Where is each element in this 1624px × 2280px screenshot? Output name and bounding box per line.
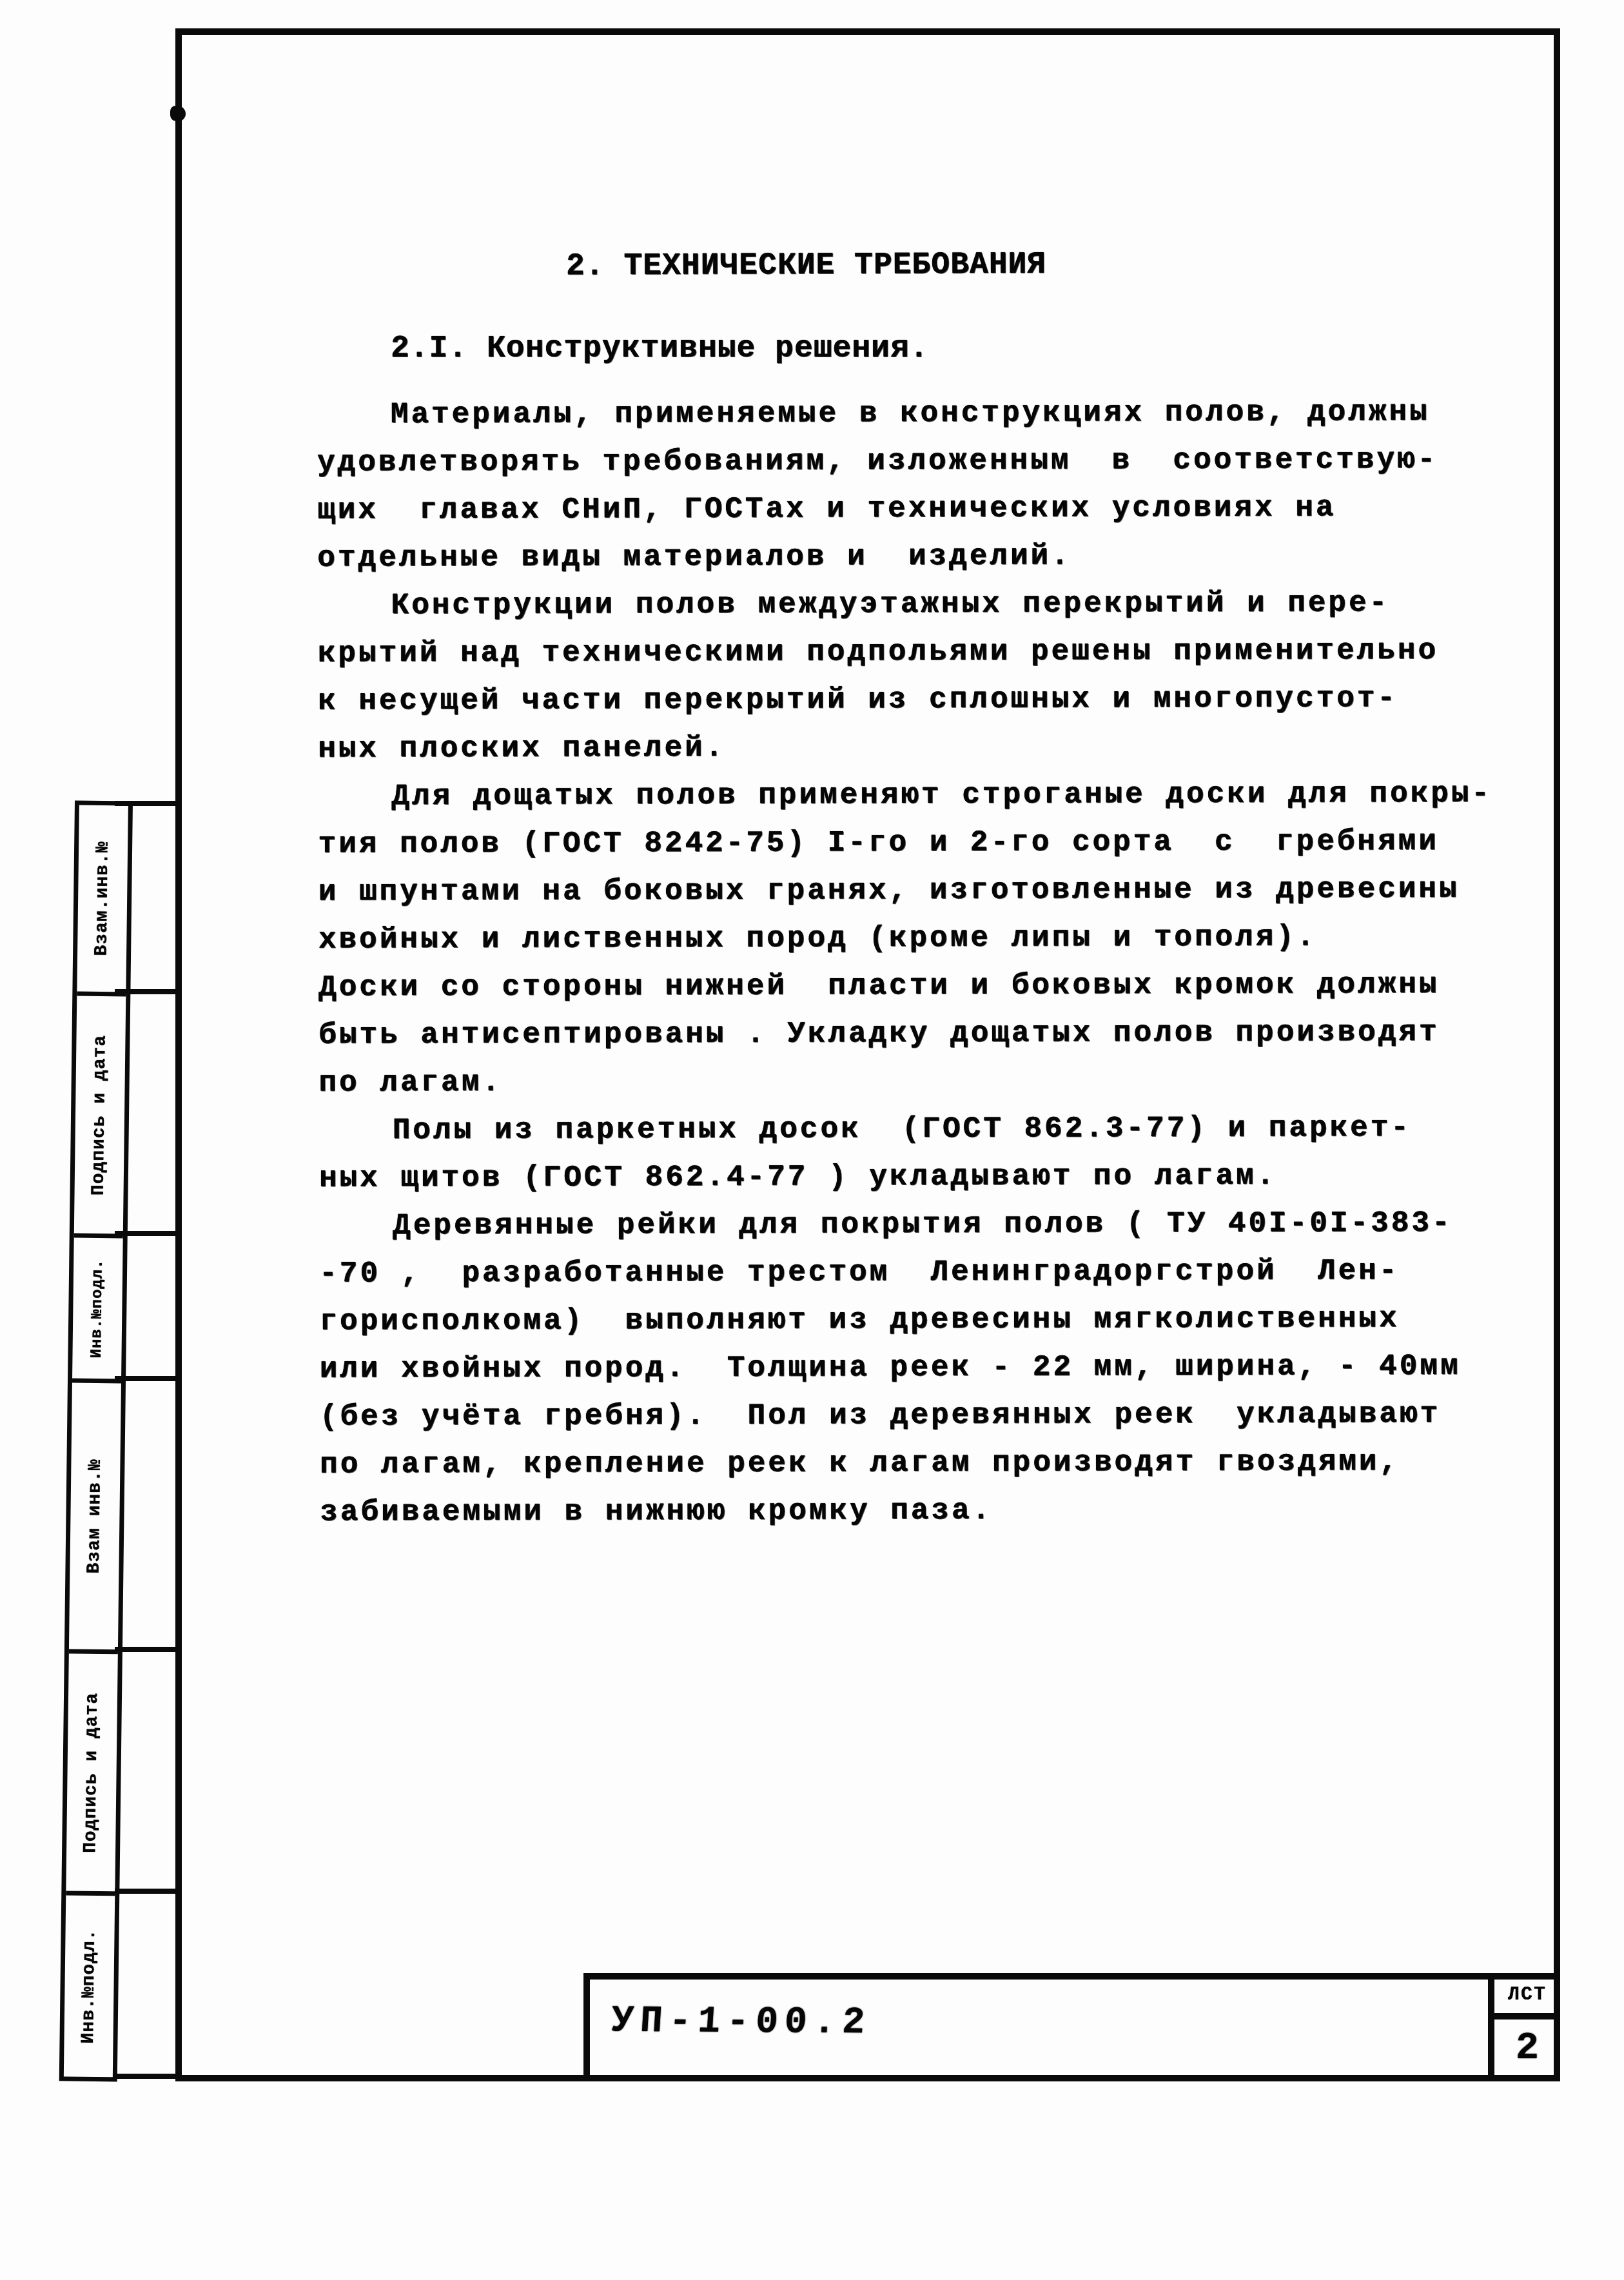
strip-cell-podpis-data-2: Подпись и дата: [66, 1653, 118, 1896]
text-line: ных плоских панелей.: [318, 729, 1504, 780]
text-line: хвойных и лиственных пород (кроме липы и…: [318, 920, 1505, 971]
text-line: Материалы, применяемые в конструкциях по…: [317, 395, 1503, 446]
text-line: забиваемыми в нижнюю кромку паза.: [320, 1493, 1506, 1544]
text-line: тия полов (ГОСТ 8242-75) I-го и 2-го сор…: [318, 825, 1504, 876]
text-line: крытий над техническими подпольями решен…: [318, 634, 1504, 685]
sheet-number: 2: [1494, 2020, 1560, 2078]
body-text: Материалы, применяемые в конструкциях по…: [317, 395, 1507, 1544]
ink-blot: [170, 106, 186, 121]
text-line: щих главах СНиП, ГОСТах и технических ус…: [317, 491, 1503, 542]
sheet-label: ЛСТ: [1494, 1977, 1560, 2013]
strip-cell-label: Подпись и дата: [81, 1692, 103, 1853]
subsection-heading: 2.I. Конструктивные решения.: [391, 331, 929, 366]
strip-frame-connector: [115, 1376, 177, 1381]
strip-cell-inv-podl: Инв.№подл.: [72, 1237, 123, 1383]
strip-cell-vzam-inv: Взам.инв.№: [77, 805, 128, 997]
text-line: горисполкома) выполняют из древесины мяг…: [319, 1302, 1505, 1353]
text-line: отдельные виды материалов и изделий.: [317, 538, 1503, 589]
strip-frame-connector: [115, 1647, 177, 1652]
strip-cell-label: Подпись и дата: [89, 1034, 111, 1195]
strip-cell-inv-podl-2: Инв.№подл.: [64, 1895, 115, 2077]
title-block-divider-vertical: [1488, 1973, 1494, 2081]
strip-cell-vzam-inv-2: Взам инв.№: [69, 1382, 121, 1654]
scanned-document-page: { "document": { "heading": "2. ТЕХНИЧЕСК…: [0, 0, 1624, 2280]
text-line: быть антисептированы . Укладку дощатых п…: [318, 1016, 1505, 1066]
text-line: Для дощатых полов применяют строганые до…: [318, 777, 1504, 828]
text-line: ных щитов (ГОСТ 862.4-77 ) укладывают по…: [319, 1159, 1505, 1210]
strip-frame-connector: [115, 801, 177, 806]
strip-cell-podpis-data: Подпись и дата: [74, 996, 126, 1239]
strip-cell-label: Инв.№подл.: [79, 1929, 100, 2043]
text-line: (без учёта гребня). Пол из деревянных ре…: [320, 1397, 1506, 1448]
strip-frame-connector: [115, 2074, 177, 2079]
text-line: Доски со стороны нижней пласти и боковых…: [318, 968, 1505, 1019]
strip-cell-label: Взам инв.№: [84, 1459, 106, 1573]
text-line: Конструкции полов междуэтажных перекрыти…: [317, 586, 1503, 637]
text-line: по лагам, крепление реек к лагам произво…: [320, 1445, 1506, 1496]
text-line: Деревянные рейки для покрытия полов ( ТУ…: [319, 1206, 1505, 1257]
strip-frame-connector: [115, 1889, 177, 1894]
document-number: УП-1-00.2: [610, 2001, 872, 2045]
title-block-divider-horizontal: [1488, 2013, 1560, 2020]
section-heading: 2. ТЕХНИЧЕСКИЕ ТРЕБОВАНИЯ: [566, 248, 1046, 284]
text-line: по лагам.: [318, 1063, 1505, 1114]
text-line: удовлетворять требованиям, изложенным в …: [317, 443, 1503, 494]
text-line: к несущей части перекрытий из сплошных и…: [318, 682, 1504, 732]
strip-cell-label: Взам.инв.№: [92, 841, 113, 956]
text-line: Полы из паркетных досок (ГОСТ 862.3-77) …: [319, 1111, 1505, 1162]
text-line: и шпунтами на боковых гранях, изготовлен…: [318, 872, 1505, 923]
strip-frame-connector: [115, 1231, 177, 1236]
strip-frame-connector: [115, 989, 177, 994]
text-line: -70 , разработанные трестом Ленинградорг…: [319, 1254, 1505, 1305]
text-line: или хвойных пород. Толщина реек - 22 мм,…: [320, 1350, 1506, 1400]
strip-cell-label: Инв.№подл.: [88, 1259, 107, 1358]
